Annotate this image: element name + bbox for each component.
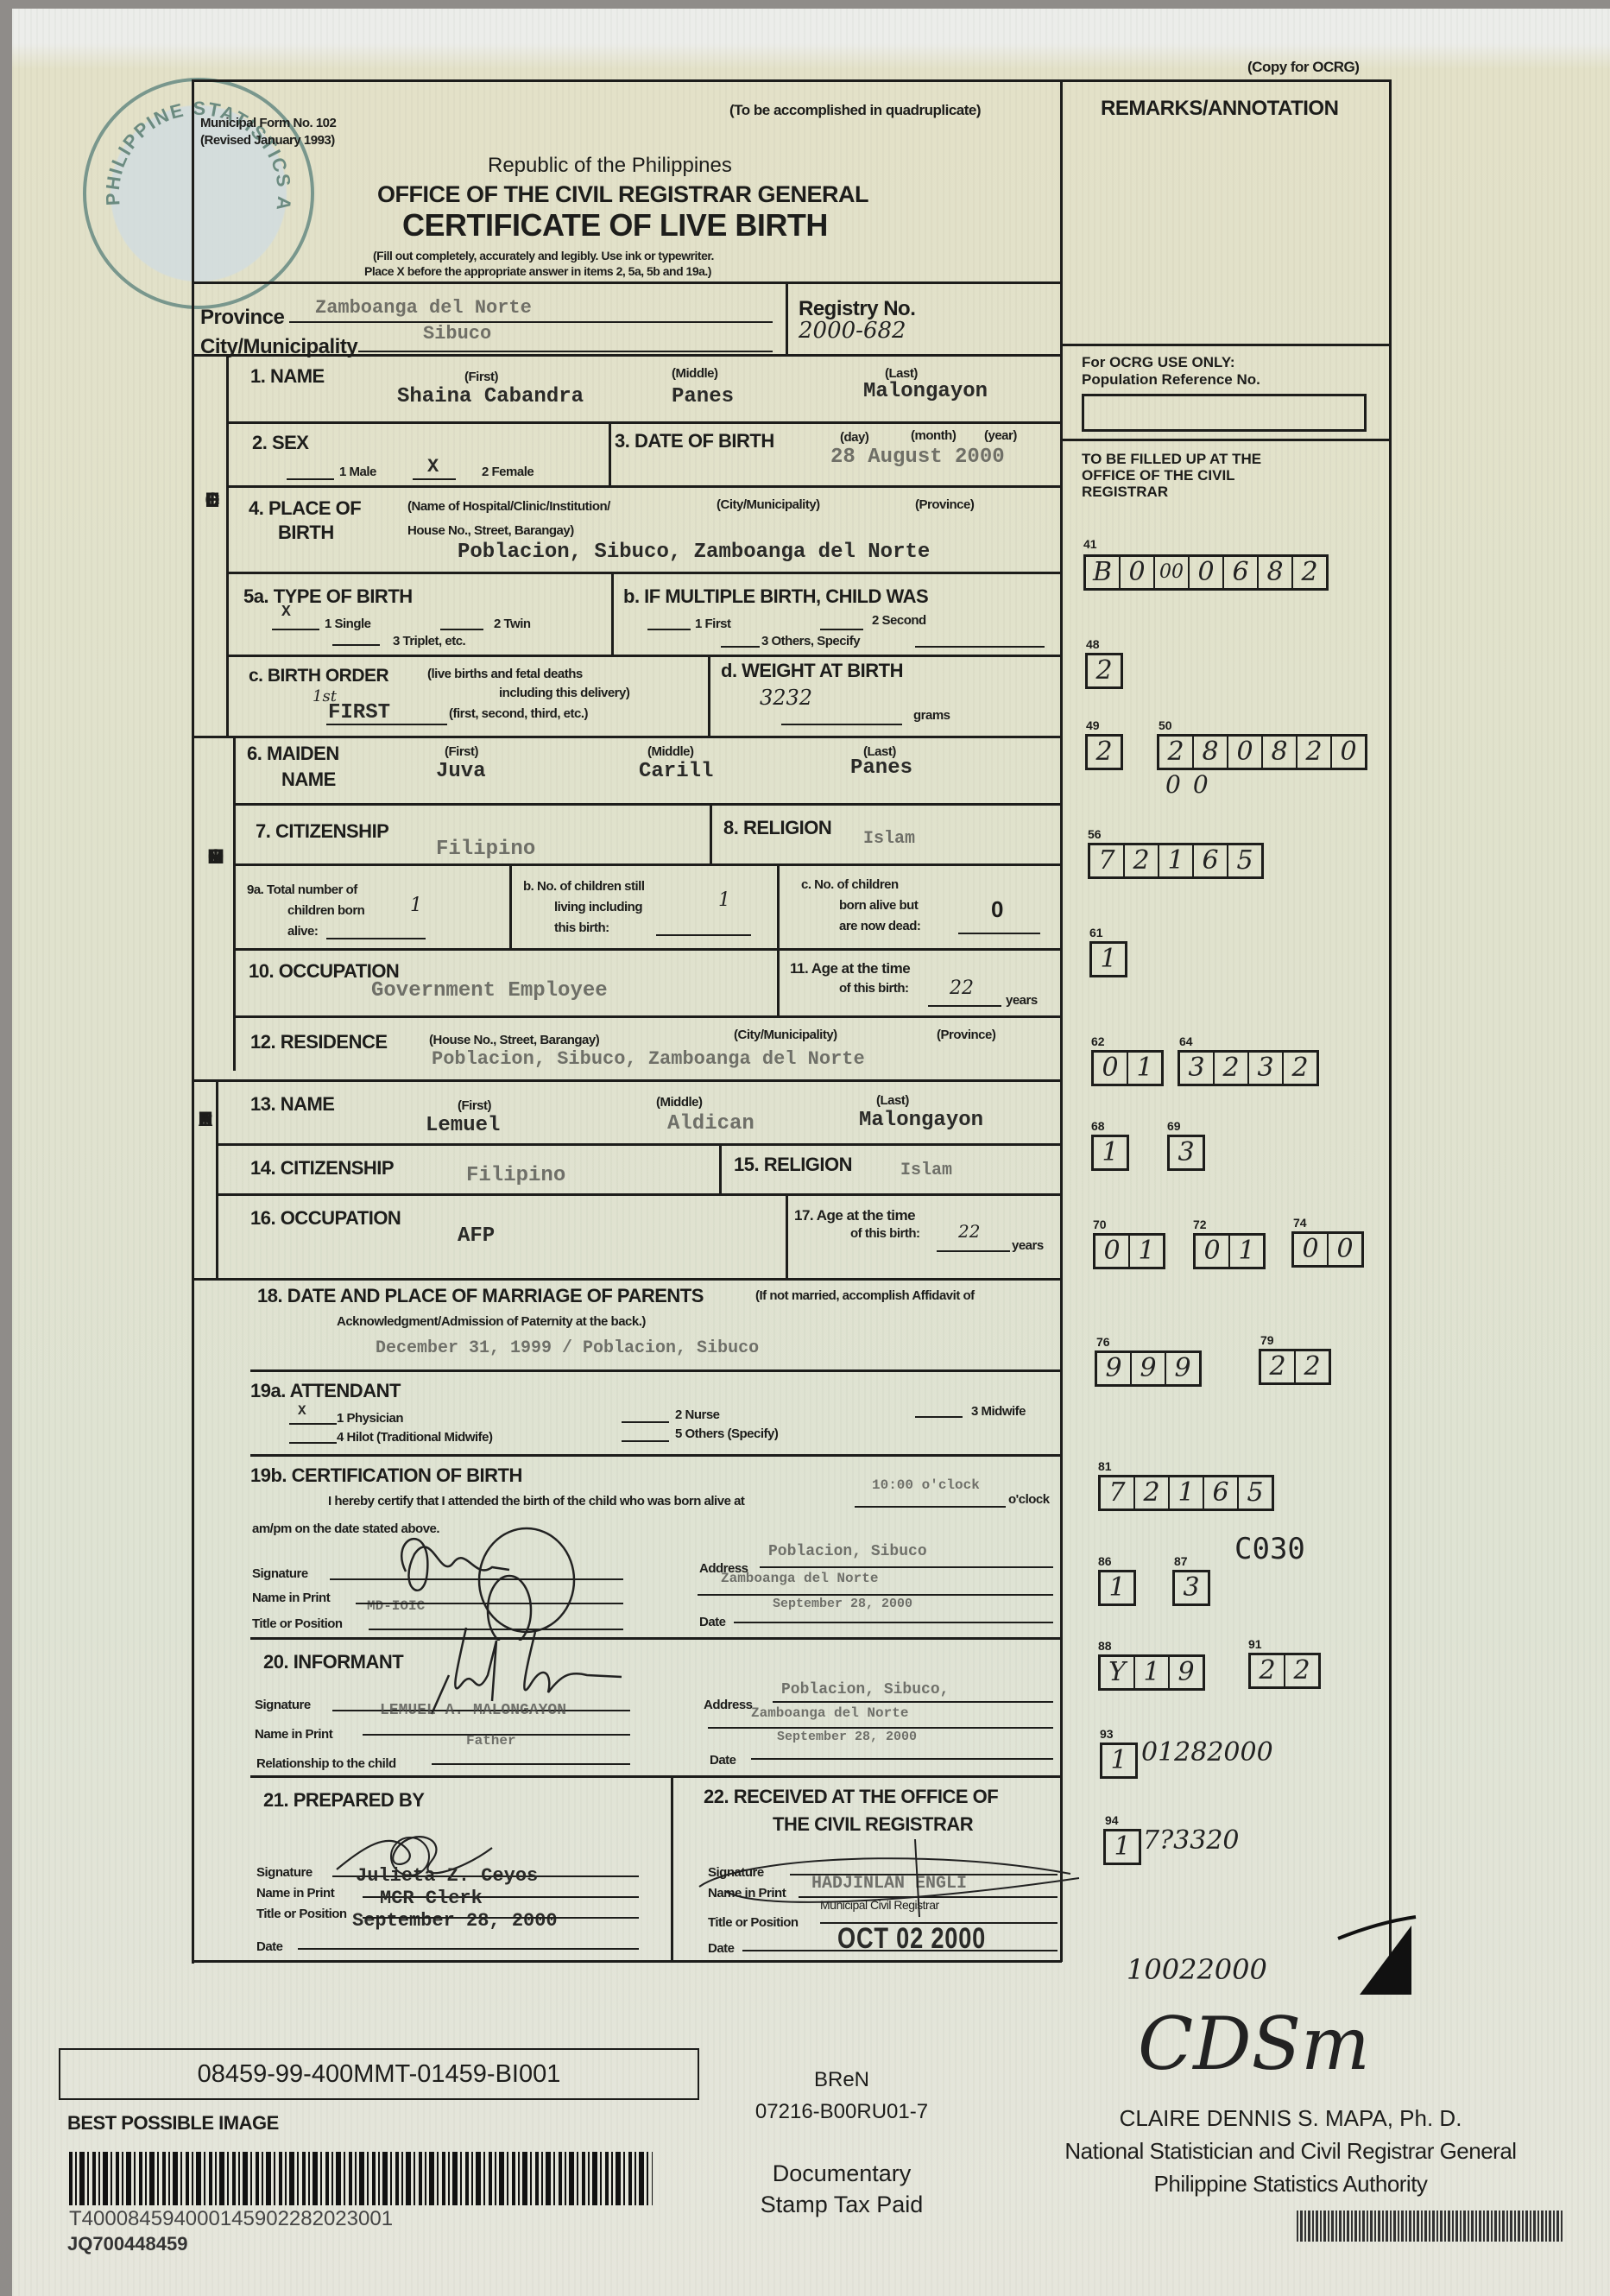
total-born-value: 1: [410, 895, 422, 916]
best-image-label: BEST POSSIBLE IMAGE: [67, 2112, 279, 2135]
form-revised: (Revised January 1993): [200, 133, 335, 148]
barcode-icon: [69, 2152, 653, 2205]
city-value: Sibuco: [423, 325, 491, 344]
province-label: Province: [200, 307, 284, 328]
mother-religion: Islam: [863, 831, 915, 848]
remarks-title: REMARKS/ANNOTATION: [1101, 97, 1338, 121]
attendant-physician-mark: X: [298, 1404, 306, 1418]
stamp-tax-line-1: Documentary: [734, 2160, 950, 2187]
document-id: 08459-99-400MMT-01459-BI001: [60, 2050, 698, 2098]
registry-label: Registry No.: [799, 299, 915, 319]
population-reference-input[interactable]: [1082, 394, 1367, 432]
sex-label: 2. SEX: [252, 433, 308, 452]
registrar-signature-icon: [673, 1839, 1096, 1917]
child-name-label: 1. NAME: [250, 367, 325, 386]
signatory-name: CLAIRE DENNIS S. MAPA, Ph. D.: [1010, 2105, 1571, 2132]
bren-label: BReN: [734, 2068, 950, 2092]
father-occupation: AFP: [458, 1226, 495, 1247]
province-value: Zamboanga del Norte: [315, 299, 532, 318]
type-single-mark: X: [281, 604, 291, 620]
mother-residence: Poblacion, Sibuco, Zamboanga del Norte: [432, 1050, 865, 1069]
dead-children-value: 0: [991, 896, 1003, 923]
mother-first-name: Juva: [436, 762, 486, 782]
preparer-date-value: September 28, 2000: [352, 1912, 558, 1931]
small-barcode-icon: [1297, 2211, 1564, 2242]
corner-fold-icon: [1334, 1908, 1429, 1995]
attendant-signature-icon: [380, 1520, 604, 1641]
birth-order-value: FIRST: [328, 703, 390, 724]
republic-text: Republic of the Philippines: [488, 154, 732, 178]
dob-value: 28 August 2000: [830, 447, 1005, 468]
place-of-birth-value: Poblacion, Sibuco, Zamboanga del Norte: [458, 542, 930, 563]
birth-time-value: 10:00 o'clock: [872, 1478, 980, 1492]
preparer-name-value: Julieta Z. Ceyos: [356, 1867, 538, 1886]
father-age-value: 22: [958, 1221, 980, 1242]
stamp-code: C030: [1234, 1532, 1305, 1566]
father-first-name: Lemuel: [426, 1116, 500, 1136]
stamp-tax-line-2: Stamp Tax Paid: [734, 2192, 950, 2218]
registry-value: 2000-682: [799, 318, 906, 344]
mother-occupation: Government Employee: [371, 981, 608, 1002]
accomplish-note: (To be accomplished in quadruplicate): [729, 102, 981, 119]
father-religion: Islam: [900, 1162, 952, 1180]
informant-name-value: LEMUEL A. MALONGAYON: [380, 1703, 566, 1718]
instructions-1: (Fill out completely, accurately and leg…: [373, 249, 714, 262]
page-title: CERTIFICATE OF LIVE BIRTH: [402, 207, 828, 244]
mother-last-name: Panes: [850, 758, 912, 779]
signatory-org: Philippine Statistics Authority: [1010, 2171, 1571, 2198]
sex-female-mark: X: [427, 458, 439, 477]
code-50-cells: 280820: [1157, 734, 1367, 770]
dob-label: 3. DATE OF BIRTH: [615, 432, 774, 451]
form-number: Municipal Form No. 102: [200, 116, 336, 130]
instructions-2: Place X before the appropriate answer in…: [364, 264, 711, 278]
office-title: OFFICE OF THE CIVIL REGISTRAR GENERAL: [377, 181, 868, 208]
living-children-value: 1: [718, 889, 730, 911]
signatory-signature: CDSm: [1138, 2002, 1370, 2086]
child-first-name: Shaina Cabandra: [397, 387, 584, 408]
copy-label: (Copy for OCRG): [1247, 59, 1359, 76]
document-id-box: 08459-99-400MMT-01459-BI001: [59, 2048, 699, 2100]
bren-value: 07216-B00RU01-7: [734, 2100, 950, 2124]
serial-number: JQ700448459: [67, 2233, 187, 2255]
barcode-text: T400084594000145902282023001: [69, 2207, 393, 2231]
child-last-name: Malongayon: [863, 382, 988, 402]
father-last-name: Malongayon: [859, 1110, 983, 1131]
code-41-cells: B0000682: [1083, 554, 1329, 591]
weight-value: 3232: [760, 686, 812, 710]
mother-citizenship: Filipino: [436, 839, 535, 860]
mother-age-value: 22: [950, 977, 974, 999]
child-middle-name: Panes: [672, 387, 734, 408]
father-citizenship: Filipino: [466, 1166, 565, 1186]
preparer-title-value: MCR Clerk: [380, 1889, 483, 1908]
mother-middle-name: Carill: [639, 762, 713, 782]
father-middle-name: Aldican: [667, 1114, 754, 1135]
signatory-title: National Statistician and Civil Registra…: [1010, 2138, 1571, 2165]
marriage-value: December 31, 1999 / Poblacion, Sibuco: [376, 1340, 759, 1357]
informant-relationship-value: Father: [466, 1734, 516, 1748]
bottom-handwritten-note: 10022000: [1127, 1953, 1267, 1986]
